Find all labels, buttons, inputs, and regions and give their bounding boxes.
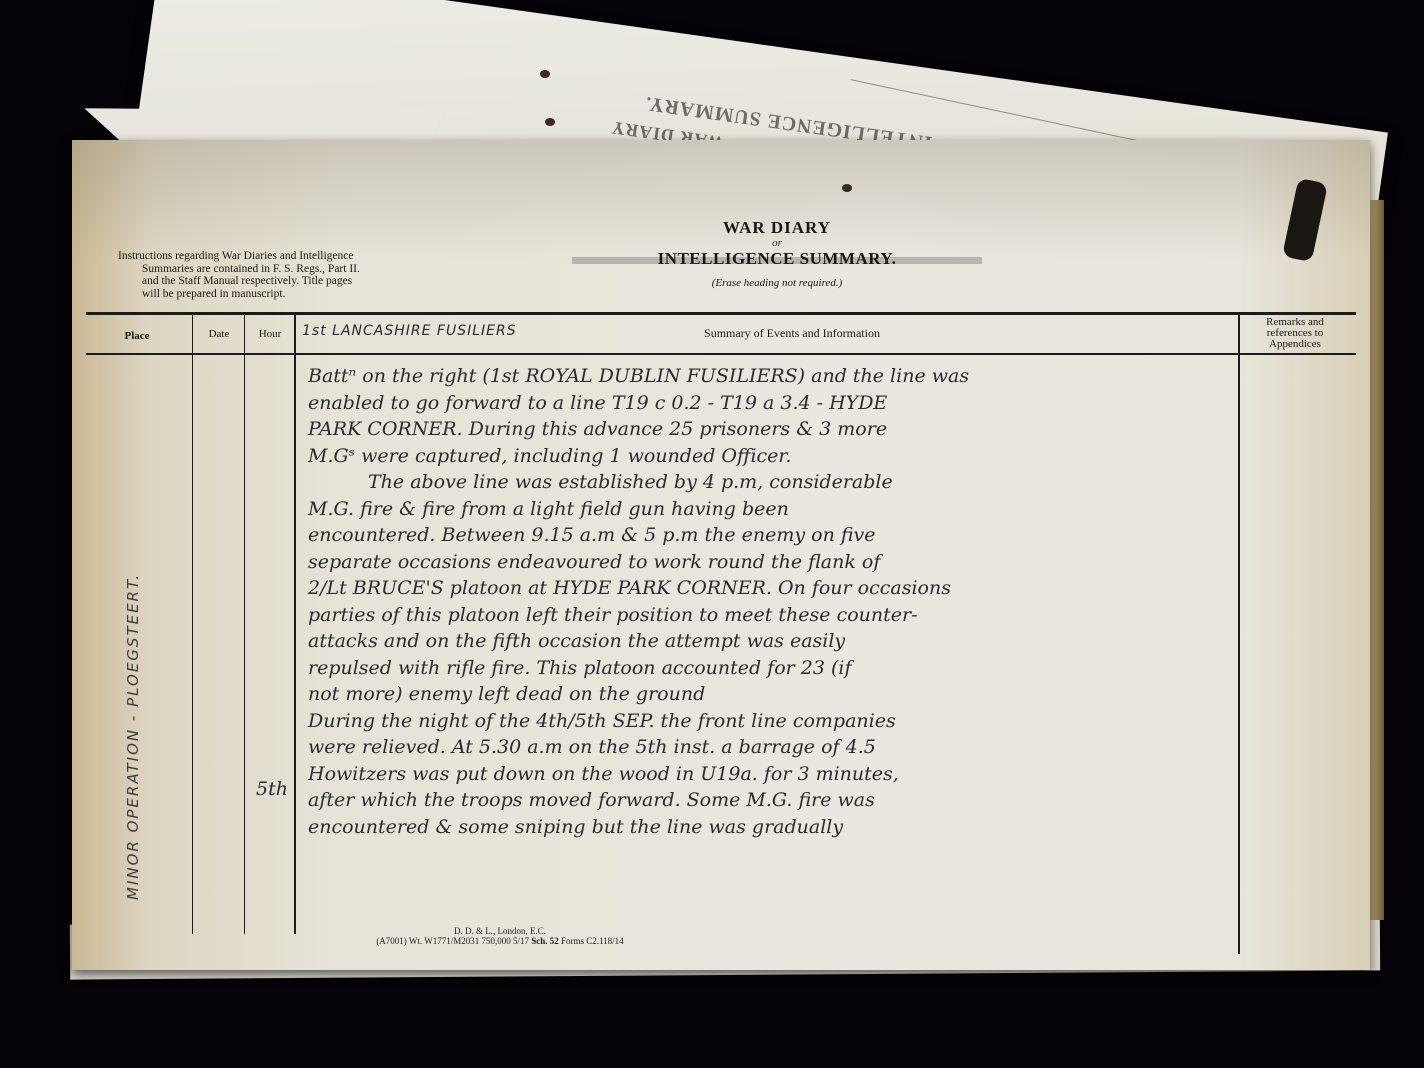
title-or: or (632, 237, 922, 249)
place-entry: MINOR OPERATION - PLOEGSTEERT. (124, 573, 142, 900)
summary-line: encountered & some sniping but the line … (308, 816, 1248, 843)
printer-imprint-line1: D. D. & L., London, E.C. (320, 926, 680, 936)
summary-line: Battⁿ on the right (1st ROYAL DUBLIN FUS… (308, 365, 1248, 392)
table-top-rule (86, 312, 1356, 315)
summary-line: enabled to go forward to a line T19 c 0.… (308, 392, 1248, 419)
title-intelligence-summary: INTELLIGENCE SUMMARY. (572, 249, 982, 269)
header-bottom-rule (86, 353, 1356, 355)
printer-imprint-prefix: (A7001) Wt. W1771/M2031 750,000 5/17 (376, 936, 529, 946)
printer-imprint-forms: Forms C2.118/14 (561, 936, 624, 946)
instructions-line: Instructions regarding War Diaries and I… (118, 250, 438, 263)
date-entry: 5th (256, 778, 288, 800)
column-header-date: Date (194, 328, 244, 340)
summary-line: The above line was established by 4 p.m,… (308, 471, 1248, 498)
title-war-diary: WAR DIARY (632, 218, 922, 238)
printer-imprint-schedule: Sch. 52 (531, 936, 559, 946)
stacked-pages-edge (1370, 200, 1384, 920)
form-title: WAR DIARY or INTELLIGENCE SUMMARY. (Eras… (632, 218, 922, 289)
summary-line: separate occasions endeavoured to work r… (308, 551, 1248, 578)
column-header-remarks: Remarks and references to Appendices (1250, 317, 1340, 350)
instructions-line: will be prepared in manuscript. (118, 288, 438, 301)
summary-line: M.Gˢ were captured, including 1 wounded … (308, 445, 1248, 472)
punch-hole (545, 118, 555, 126)
punch-hole (842, 184, 852, 192)
summary-line: During the night of the 4th/5th SEP. the… (308, 710, 1248, 737)
summary-line: Howitzers was put down on the wood in U1… (308, 763, 1248, 790)
summary-line: attacks and on the fifth occasion the at… (308, 630, 1248, 657)
column-header-hour: Hour (246, 328, 294, 340)
summary-line: 2/Lt BRUCE'S platoon at HYDE PARK CORNER… (308, 577, 1248, 604)
printer-imprint: D. D. & L., London, E.C. (A7001) Wt. W17… (320, 926, 680, 946)
summary-line: were relieved. At 5.30 a.m on the 5th in… (308, 736, 1248, 763)
hour-summary-divider (294, 314, 296, 934)
erase-heading-note: (Erase heading not required.) (632, 277, 922, 289)
war-diary-page: Instructions regarding War Diaries and I… (72, 140, 1370, 970)
summary-line: after which the troops moved forward. So… (308, 789, 1248, 816)
summary-line: repulsed with rifle fire. This platoon a… (308, 657, 1248, 684)
instructions-note: Instructions regarding War Diaries and I… (118, 250, 438, 300)
column-header-place: Place (102, 330, 172, 342)
date-hour-divider (244, 314, 245, 934)
summary-line: PARK CORNER. During this advance 25 pris… (308, 418, 1248, 445)
summary-line: encountered. Between 9.15 a.m & 5 p.m th… (308, 524, 1248, 551)
summary-line: M.G. fire & fire from a light field gun … (308, 498, 1248, 525)
place-date-divider (192, 314, 193, 934)
unit-name: 1st LANCASHIRE FUSILIERS (302, 323, 517, 339)
instructions-line: Summaries are contained in F. S. Regs., … (118, 263, 438, 276)
summary-line: parties of this platoon left their posit… (308, 604, 1248, 631)
punch-hole (540, 70, 550, 78)
summary-of-events: Battⁿ on the right (1st ROYAL DUBLIN FUS… (308, 365, 1248, 842)
summary-line: not more) enemy left dead on the ground (308, 683, 1248, 710)
instructions-line: and the Staff Manual respectively. Title… (118, 275, 438, 288)
column-header-summary: Summary of Events and Information (632, 326, 952, 341)
